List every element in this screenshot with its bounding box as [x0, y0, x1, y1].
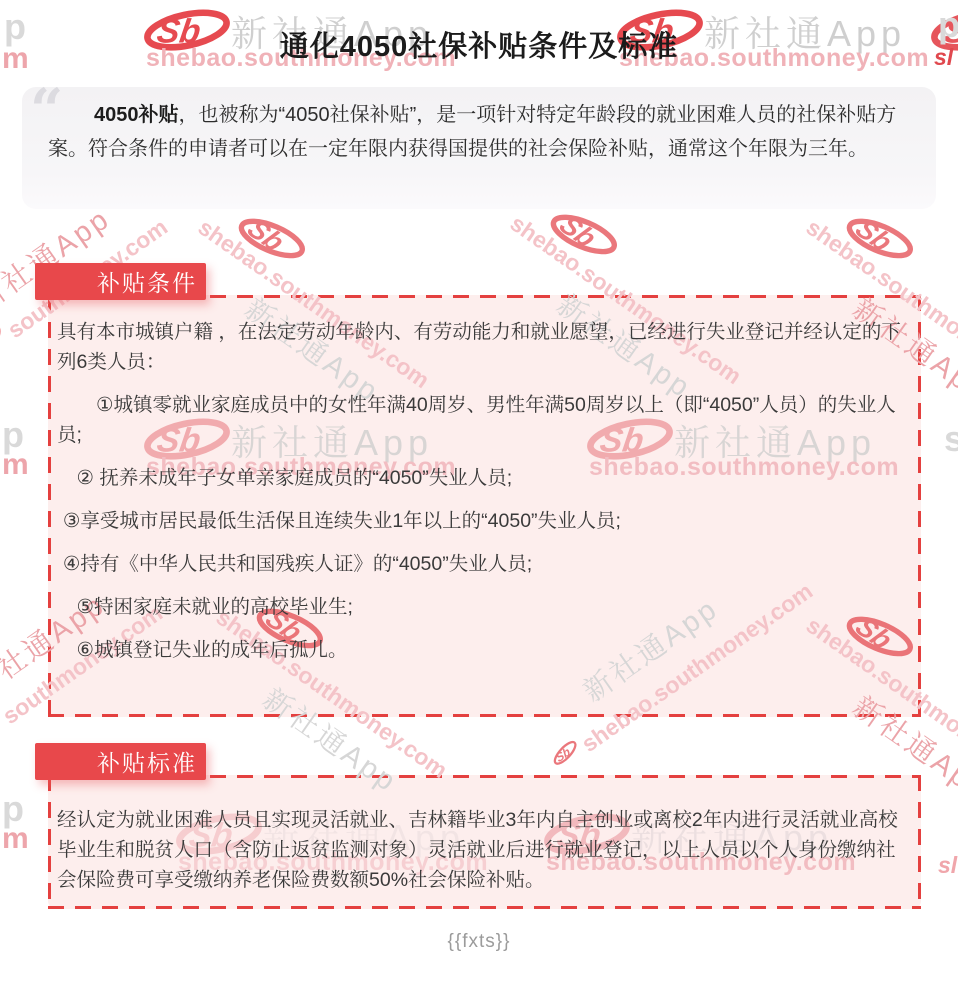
condition-item: ② 抚养未成年子女单亲家庭成员的“4050”失业人员;	[57, 463, 905, 493]
footer-placeholder: {{fxts}}	[0, 931, 958, 953]
condition-item: ①城镇零就业家庭成员中的女性年满40周岁、男性年满50周岁以上（即“4050”人…	[57, 390, 905, 450]
brand-logo-icon	[543, 199, 624, 271]
intro-lead: 4050补贴	[94, 104, 179, 126]
watermark-fragment: m	[2, 448, 29, 482]
intro-quote-box: “ 4050补贴，也被称为“4050社保补贴”，是一项针对特定年龄段的就业困难人…	[22, 87, 936, 209]
watermark-fragment: m	[2, 822, 29, 856]
brand-logo-icon	[0, 315, 15, 387]
brand-logo-icon	[0, 701, 10, 773]
conditions-intro: 具有本市城镇户籍 ，在法定劳动年龄内、有劳动能力和就业愿望，已经进行失业登记并经…	[57, 317, 905, 377]
article-page: 新社通App shebao.southmoney.com 新社通App sheb…	[0, 0, 958, 998]
dashed-border	[48, 906, 921, 909]
standards-panel: 经认定为就业困难人员且实现灵活就业、吉林籍毕业3年内自主创业或离校2年内进行灵活…	[48, 775, 921, 909]
conditions-content: 具有本市城镇户籍 ，在法定劳动年龄内、有劳动能力和就业愿望，已经进行失业登记并经…	[48, 295, 921, 675]
standards-label: 补贴标准	[97, 745, 197, 778]
conditions-label: 补贴条件	[97, 265, 197, 298]
section-standards: 补贴标准 经认定为就业困难人员且实现灵活就业、吉林籍毕业3年内自主创业或离校2年…	[48, 743, 921, 909]
intro-text: 4050补贴，也被称为“4050社保补贴”，是一项针对特定年龄段的就业困难人员的…	[22, 87, 936, 174]
condition-item: ④持有《中华人民共和国残疾人证》的“4050”失业人员;	[57, 549, 905, 579]
condition-item: ③享受城市居民最低生活保且连续失业1年以上的“4050”失业人员;	[57, 506, 905, 536]
condition-item: ⑤特困家庭未就业的高校毕业生;	[57, 592, 905, 622]
watermark-fragment: sl	[938, 852, 957, 879]
page-title: 通化4050社保补贴条件及标准	[0, 0, 958, 65]
standards-text: 经认定为就业困难人员且实现灵活就业、吉林籍毕业3年内自主创业或离校2年内进行灵活…	[57, 797, 905, 895]
watermark-fragment: p	[2, 414, 24, 456]
section-conditions: 补贴条件 具有本市城镇户籍 ，在法定劳动年龄内、有劳动能力和就业愿望，已经进行失…	[48, 263, 921, 717]
dashed-border	[48, 714, 921, 717]
conditions-panel: 具有本市城镇户籍 ，在法定劳动年龄内、有劳动能力和就业愿望，已经进行失业登记并经…	[48, 295, 921, 717]
watermark-fragment: p	[2, 788, 24, 830]
condition-item: ⑥城镇登记失业的成年后孤儿。	[57, 635, 905, 665]
standards-content: 经认定为就业困难人员且实现灵活就业、吉林籍毕业3年内自主创业或离校2年内进行灵活…	[48, 775, 921, 905]
watermark-fragment: s	[944, 418, 958, 460]
